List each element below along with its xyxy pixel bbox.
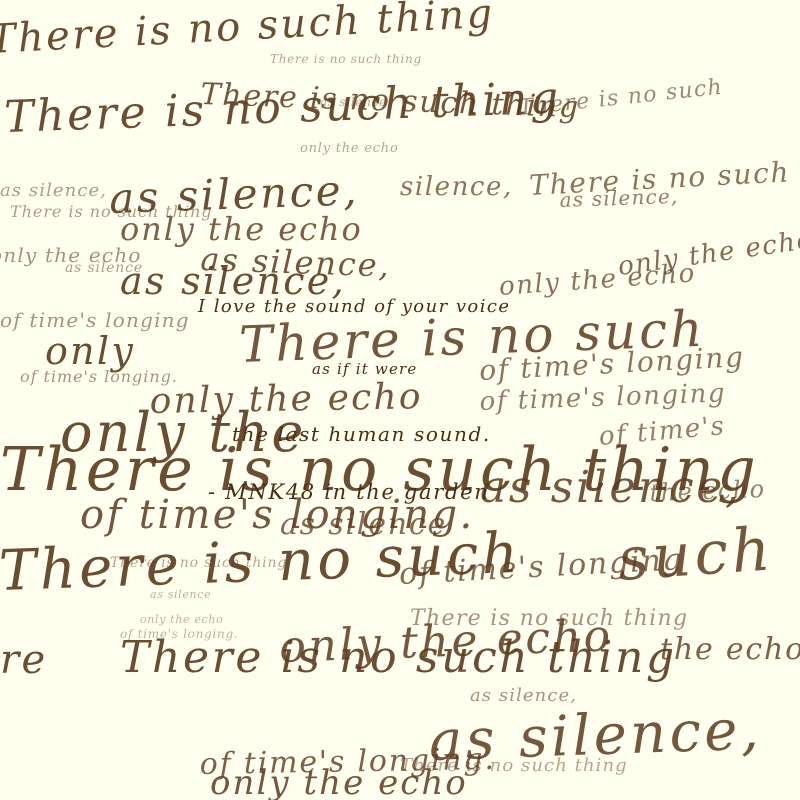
scrawl-text: as silence [280, 510, 447, 540]
scrawl-text: silence, [400, 174, 513, 200]
scrawl-text: of time's longing. [20, 369, 178, 385]
scrawl-text: There is no such thing [410, 608, 688, 630]
scrawl-text: There is no such [0, 526, 522, 600]
scrawl-text: There is no such thing [3, 77, 561, 140]
scrawl-text: There is no such [529, 158, 791, 200]
scrawl-text: as silence, [320, 96, 391, 108]
scrawl-text: only the echo [210, 766, 468, 800]
scrawl-text: of time's [598, 413, 727, 450]
scrawl-text: as silence, [0, 182, 107, 200]
quote-attribution: - MNK48 in the garden [208, 482, 489, 503]
scrawl-text: only the echo [498, 260, 696, 300]
scrawl-text: only the echo [149, 379, 423, 420]
scrawl-text: There is no such thing [400, 757, 628, 775]
scrawl-text: only the echo [616, 227, 800, 280]
scrawl-text: re [0, 640, 48, 680]
scrawl-text: as silence, [428, 702, 763, 770]
scrawl-text: There is no such thing [200, 80, 580, 123]
scrawl-text: only the echo [140, 614, 223, 625]
scrawl-text: There is no such thing [120, 636, 677, 680]
scrawl-text: There is no such thing [110, 556, 287, 570]
scrawl-text: only the echo [0, 245, 142, 265]
generative-text-artwork: There is no such thingThere is no such t… [0, 0, 800, 800]
scrawl-text: the echo [660, 635, 800, 665]
quote-line-1: I love the sound of your voice [198, 298, 511, 316]
scrawl-text: such [616, 519, 776, 590]
scrawl-text: of time's longing [398, 545, 684, 590]
quote-line-3: the last human sound. [232, 424, 491, 444]
scrawl-text: as silence, [480, 466, 742, 510]
scrawl-text: of time's longing. [199, 745, 495, 780]
scrawl-text: as silence, [120, 262, 346, 300]
scrawl-text: of time's longing [479, 343, 746, 385]
scrawl-text: as silence [65, 261, 143, 275]
scrawl-text: of time's longing [479, 380, 726, 415]
scrawl-text: of time's longing. [120, 628, 238, 640]
scrawl-text: only the echo [300, 142, 399, 155]
scrawl-text: There is no such thing [10, 204, 212, 220]
scrawl-text: as silence, [470, 687, 577, 705]
scrawl-text: only [45, 332, 135, 370]
quote-line-2: as if it were [312, 362, 417, 377]
scrawl-text: There is no such thing [270, 53, 422, 65]
scrawl-text: as silence [150, 589, 211, 600]
scrawl-text: only the echo [120, 213, 363, 245]
scrawl-text: as silence, [559, 186, 679, 210]
scrawl-text: as silence, [200, 243, 391, 282]
scrawl-text: of time's longing [0, 310, 190, 330]
scrawl-text: There is no such thing [0, 0, 495, 60]
scrawl-text: the echo [649, 477, 766, 505]
scrawl-text: as silence, [109, 169, 360, 220]
scrawl-text: There is no such [518, 77, 724, 120]
scrawl-text: only the echo [278, 614, 613, 670]
